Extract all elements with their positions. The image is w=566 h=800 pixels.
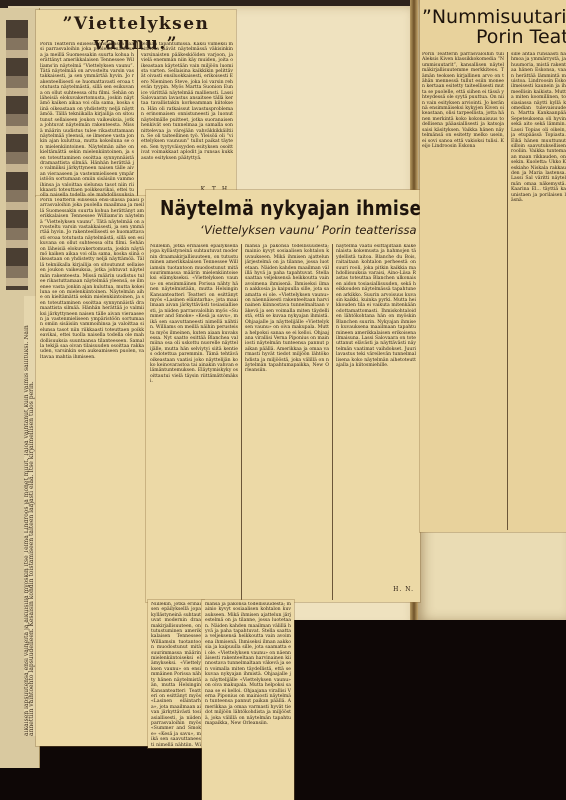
clipping-3-column-1: Porin Teatterin parrasvaloihin tuli Alek… [422,52,508,530]
clipping-viettelyksen-vaunu: ”Viettelyksen vaunu.” Porin Teatterin ei… [36,10,236,196]
clipping-nummisuutarit: ”Nummisuutarit” Porin Teatteri Porin Tea… [420,0,566,532]
clipping-1-column-2: telmän tapahtumissa. Kaksi viimeksi main… [141,42,233,182]
clipping-2-signature: H. N. [336,586,414,593]
clipping-1-column-1: Porin Teatterin eilisessä ensi-illassa p… [40,42,138,196]
clipping-1-continuation: Porin Teatterin eilisessä ensi-illassa p… [36,196,148,746]
clipping-2-column-1: Niillekin, jotka erinäisen epäilyksellä … [150,244,242,600]
clipping-3-column-2: sille antaa runsaasti hahmoa ja ymmärrys… [511,52,566,530]
clipping-2-continuation-middle: mansa ja pakonsa todellisuudesta; mainio… [202,600,294,800]
clipping-2-continuation-left-text: Niillekin, jotka erinäisen epäilyksellä … [151,602,201,746]
margin-photo [6,20,28,290]
clipping-2-subtitle: ‘Viettelyksen vaunu’ Porin teatterissa [200,223,417,237]
clipping-2-title: Näytelmä nykyajan ihmisestä [160,196,420,220]
clipping-3-title-line-2: Porin Teatteri [476,26,566,48]
clipping-naytelma-nykyajan-ihmisesta: Näytelmä nykyajan ihmisestä ‘Viettelykse… [146,190,420,602]
clipping-1-continuation-text: Porin Teatterin eilisessä ensi-illassa p… [40,198,144,744]
clipping-2-column-2: mansa ja pakonsa todellisuudesta; mainio… [245,244,333,600]
clipping-3-title: ”Nummisuutarit” [422,6,566,28]
clipping-2-column-3: näytelmä vaatii esittäjiltään kaikenlais… [336,244,416,580]
clipping-2-continuation-middle-text: mansa ja pakonsa todellisuudesta; mainio… [205,602,291,798]
clipping-2-continuation-left: Niillekin, jotka erinäisen epäilyksellä … [148,600,204,748]
